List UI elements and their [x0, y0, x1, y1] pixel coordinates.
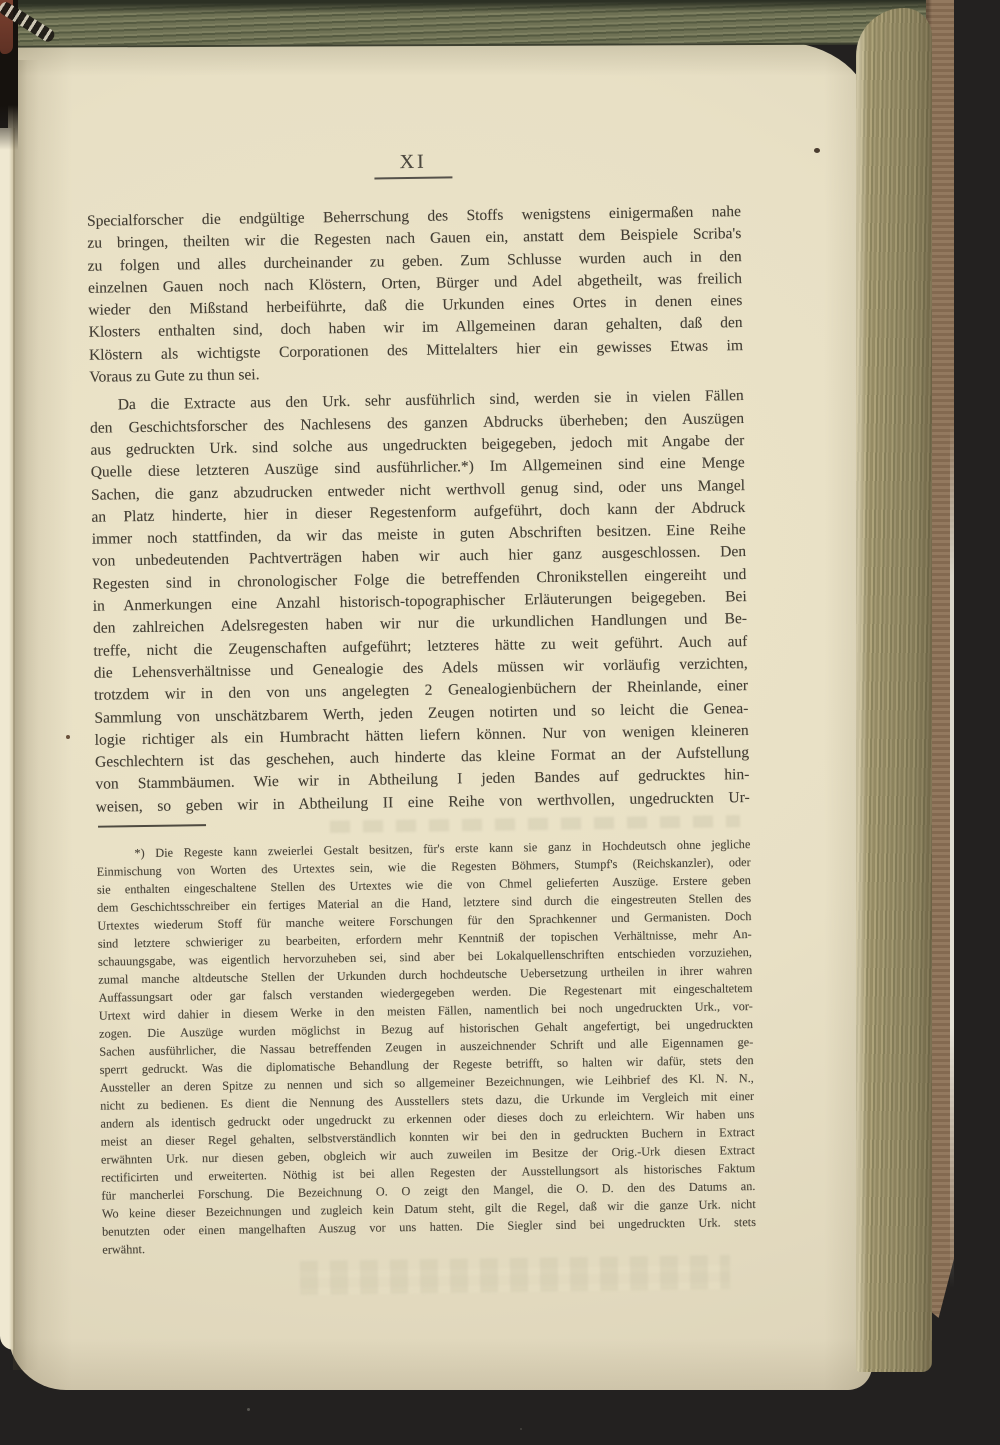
paper-speck	[814, 148, 820, 153]
dust-speck	[520, 1428, 522, 1430]
book-scan: XI Specialforscher die endgültige Beherr…	[0, 0, 1000, 1445]
book-top-edge-pages	[10, 0, 926, 48]
show-through-smudge	[300, 1255, 730, 1295]
paper-speck	[66, 735, 70, 739]
paragraph-1: Specialforscher die endgültige Beherrsch…	[87, 201, 744, 389]
footnote: *) Die Regeste kann zweierlei Gestalt be…	[96, 835, 756, 1259]
paragraph-2: Da die Extracte aus den Urk. sehr ausfüh…	[90, 385, 750, 818]
book-cover-highlight	[950, 420, 954, 1288]
page-content: XI Specialforscher die endgültige Beherr…	[86, 146, 756, 1259]
gutter-shadow	[13, 60, 39, 1370]
dust-speck	[247, 1408, 250, 1411]
book-fore-edge-pages	[856, 8, 932, 1372]
footnote-divider	[98, 824, 206, 828]
page-number: XI	[374, 150, 452, 179]
